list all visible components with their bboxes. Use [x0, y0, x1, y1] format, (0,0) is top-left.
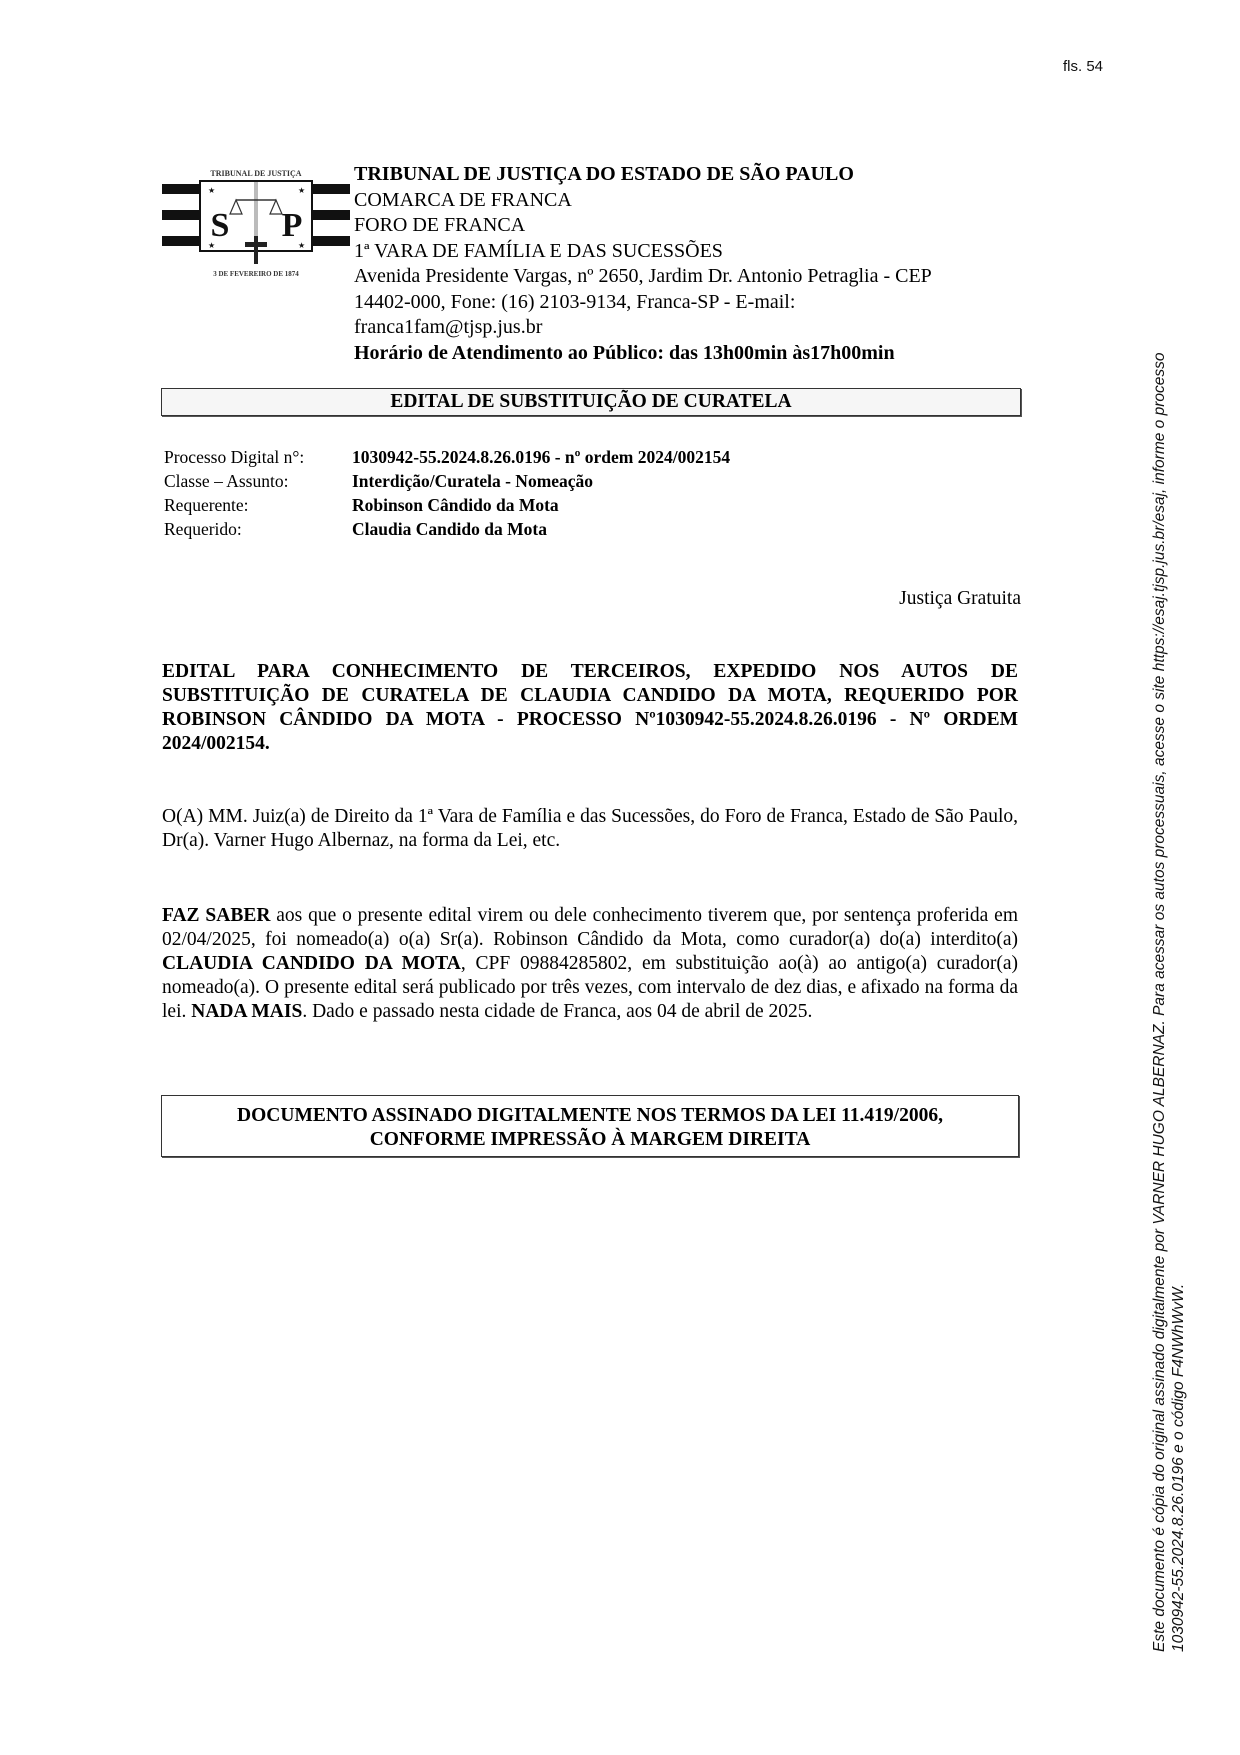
case-info-value: Robinson Cândido da Mota: [352, 493, 559, 517]
case-info-label: Classe – Assunto:: [164, 469, 352, 493]
case-info-row: Classe – Assunto: Interdição/Curatela - …: [164, 469, 730, 493]
vara: 1ª VARA DE FAMÍLIA E DAS SUCESSÕES: [354, 239, 994, 265]
logo-bottom-text: 3 DE FEVEREIRO DE 1874: [213, 270, 299, 278]
edital-heading: EDITAL PARA CONHECIMENTO DE TERCEIROS, E…: [162, 660, 1018, 756]
justica-gratuita: Justiça Gratuita: [899, 588, 1021, 610]
logo-letter-s: S: [211, 207, 230, 244]
signature-notice-line-2: CONFORME IMPRESSÃO À MARGEM DIREITA: [162, 1128, 1018, 1152]
address-line-2: 14402-000, Fone: (16) 2103-9134, Franca-…: [354, 290, 994, 316]
court-header: TRIBUNAL DE JUSTIÇA DO ESTADO DE SÃO PAU…: [354, 162, 994, 366]
case-info-label: Processo Digital n°:: [164, 445, 352, 469]
case-info: Processo Digital n°: 1030942-55.2024.8.2…: [164, 445, 730, 541]
case-info-row: Processo Digital n°: 1030942-55.2024.8.2…: [164, 445, 730, 469]
digital-signature-notice: DOCUMENTO ASSINADO DIGITALMENTE NOS TERM…: [161, 1095, 1019, 1157]
faz-saber-paragraph: FAZ SABER aos que o presente edital vire…: [162, 904, 1018, 1024]
page-number: fls. 54: [1063, 58, 1103, 75]
interdito-name: CLAUDIA CANDIDO DA MOTA: [162, 953, 461, 974]
case-info-row: Requerente: Robinson Cândido da Mota: [164, 493, 730, 517]
case-info-value: Claudia Candido da Mota: [352, 517, 547, 541]
document-title: EDITAL DE SUBSTITUIÇÃO DE CURATELA: [161, 388, 1021, 416]
case-info-label: Requerido:: [164, 517, 352, 541]
signature-notice-line-1: DOCUMENTO ASSINADO DIGITALMENTE NOS TERM…: [162, 1104, 1018, 1128]
svg-text:★: ★: [208, 186, 215, 195]
faz-saber-text-1: aos que o presente edital virem ou dele …: [162, 905, 1018, 950]
case-info-value: 1030942-55.2024.8.26.0196 - nº ordem 202…: [352, 445, 730, 469]
faz-saber-text-3: . Dado e passado nesta cidade de Franca,…: [302, 1001, 812, 1022]
case-info-row: Requerido: Claudia Candido da Mota: [164, 517, 730, 541]
public-hours: Horário de Atendimento ao Público: das 1…: [354, 341, 994, 367]
court-email: franca1fam@tjsp.jus.br: [354, 315, 994, 341]
digital-signature-margin-stamp: Este documento é cópia do original assin…: [1151, 353, 1188, 1652]
svg-text:★: ★: [208, 241, 215, 250]
address-line-1: Avenida Presidente Vargas, nº 2650, Jard…: [354, 264, 994, 290]
comarca: COMARCA DE FRANCA: [354, 188, 994, 214]
svg-text:★: ★: [298, 241, 305, 250]
svg-text:★: ★: [298, 186, 305, 195]
nada-mais: NADA MAIS: [191, 1001, 302, 1022]
margin-stamp-line-1: Este documento é cópia do original assin…: [1151, 353, 1170, 1652]
margin-stamp-line-2: 1030942-55.2024.8.26.0196 e o código F4N…: [1170, 353, 1189, 1652]
case-info-value: Interdição/Curatela - Nomeação: [352, 469, 593, 493]
judge-paragraph: O(A) MM. Juiz(a) de Direito da 1ª Vara d…: [162, 805, 1018, 853]
court-name: TRIBUNAL DE JUSTIÇA DO ESTADO DE SÃO PAU…: [354, 162, 994, 188]
foro: FORO DE FRANCA: [354, 213, 994, 239]
logo-letter-p: P: [282, 207, 303, 244]
case-info-label: Requerente:: [164, 493, 352, 517]
logo-top-text: TRIBUNAL DE JUSTIÇA: [210, 169, 301, 178]
tjsp-logo: TRIBUNAL DE JUSTIÇA S P ★ ★ ★ ★ 3 DE FEV…: [162, 148, 350, 286]
faz-saber-lead: FAZ SABER: [162, 905, 270, 926]
